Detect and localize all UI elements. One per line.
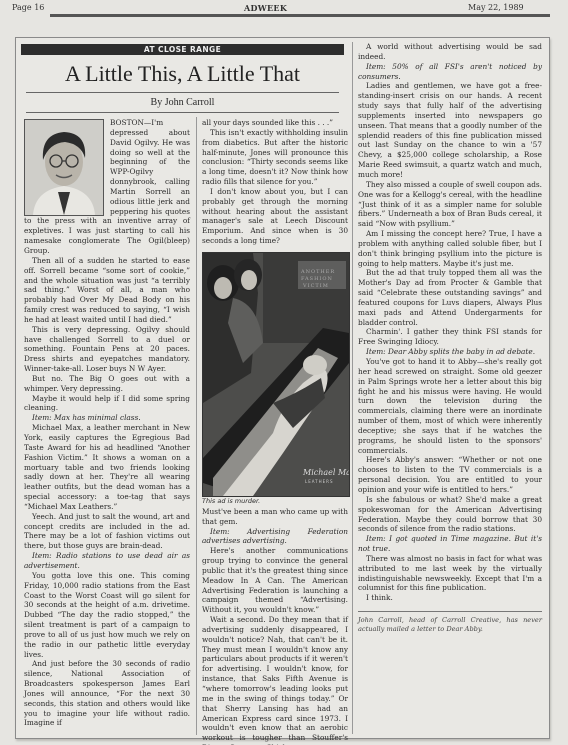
paragraph: You've got to hand it to Abby—she's real… — [358, 357, 542, 455]
paragraph: But no. The Big O goes out with a whimpe… — [24, 374, 190, 394]
column-divider — [352, 42, 353, 734]
svg-text:ANOTHER: ANOTHER — [300, 269, 335, 275]
column-divider — [196, 117, 197, 735]
paragraph: But the ad that truly topped them all wa… — [358, 268, 542, 327]
svg-text:VICTIM: VICTIM — [302, 283, 329, 289]
paragraph: Must've been a man who came up with that… — [202, 507, 348, 527]
item-subhead: Item: I got quoted in Time magazine. But… — [358, 534, 542, 554]
header-rule — [50, 14, 550, 17]
headline-rule — [26, 92, 339, 93]
paragraph: A world without advertising would be sad… — [358, 42, 542, 62]
svg-text:LEATHERS: LEATHERS — [305, 479, 333, 484]
page-number: Page 16 — [12, 3, 44, 12]
paragraph: Is she fabulous or what? She'd make a gr… — [358, 495, 542, 534]
item-subhead: Item: 50% of all FSI's aren't noticed by… — [358, 62, 542, 82]
publication-name: ADWEEK — [244, 3, 287, 13]
paragraph: This is very depressing. Ogilvy should h… — [24, 325, 190, 374]
paragraph: There was almost no basis in fact for wh… — [358, 554, 542, 593]
paragraph: And just before the 30 seconds of radio … — [24, 659, 190, 728]
ad-illustration-icon: Michael Max LEATHERS ANOTHER FASHION VIC… — [202, 252, 350, 497]
item-subhead: Item: Max has minimal class. — [24, 413, 190, 423]
byline-rule — [26, 112, 339, 113]
section-banner: AT CLOSE RANGE — [21, 44, 344, 55]
author-note-rule — [358, 611, 542, 612]
photo-caption: This ad is murder. — [202, 497, 348, 507]
paragraph: You gotta love this one. This coming Fri… — [24, 571, 190, 660]
paragraph: Am I missing the concept here? True, I h… — [358, 229, 542, 268]
paragraph: Then all of a sudden he started to ease … — [24, 256, 190, 325]
article: AT CLOSE RANGE A Little This, A Little T… — [15, 37, 550, 739]
headline: A Little This, A Little That — [21, 61, 344, 87]
paragraph: Yeech. And just to salt the wound, art a… — [24, 512, 190, 551]
paragraph: all your days sounded like this . . .” — [202, 118, 348, 128]
svg-text:Michael Max: Michael Max — [302, 468, 349, 477]
item-subhead: Item: Advertising Federation advertises … — [202, 527, 348, 547]
paragraph: I think. — [358, 593, 542, 603]
svg-text:FASHION: FASHION — [301, 276, 333, 282]
paragraph: Michael Max, a leather merchant in New Y… — [24, 423, 190, 512]
paragraph: Here's another communications group tryi… — [202, 546, 348, 615]
paragraph: Wait a second. Do they mean that if adve… — [202, 615, 348, 745]
byline: By John Carroll — [21, 97, 344, 108]
column-middle: all your days sounded like this . . .” T… — [202, 118, 348, 745]
issue-date: May 22, 1989 — [468, 3, 524, 12]
paragraph: Charmin'. I gather they think FSI stands… — [358, 327, 542, 347]
item-subhead: Item: Dear Abby splits the baby in ad de… — [358, 347, 542, 357]
author-photo-icon — [24, 119, 104, 216]
item-subhead: Item: Radio stations to use dead air as … — [24, 551, 190, 571]
paragraph: They also missed a couple of swell coupo… — [358, 180, 542, 229]
paragraph: Here's Abby's answer: “Whether or not on… — [358, 455, 542, 494]
paragraph: This isn't exactly withholding insulin f… — [202, 128, 348, 187]
paragraph: I don't know about you, but I can probab… — [202, 187, 348, 246]
column-left: BOSTON—I'm depressed about David Ogilvy.… — [24, 118, 190, 728]
column-right: A world without advertising would be sad… — [358, 42, 542, 634]
paragraph: Ladies and gentlemen, we have got a free… — [358, 81, 542, 179]
author-note: John Carroll, head of Carroll Creative, … — [358, 616, 542, 634]
paragraph: Maybe it would help if I did some spring… — [24, 394, 190, 414]
